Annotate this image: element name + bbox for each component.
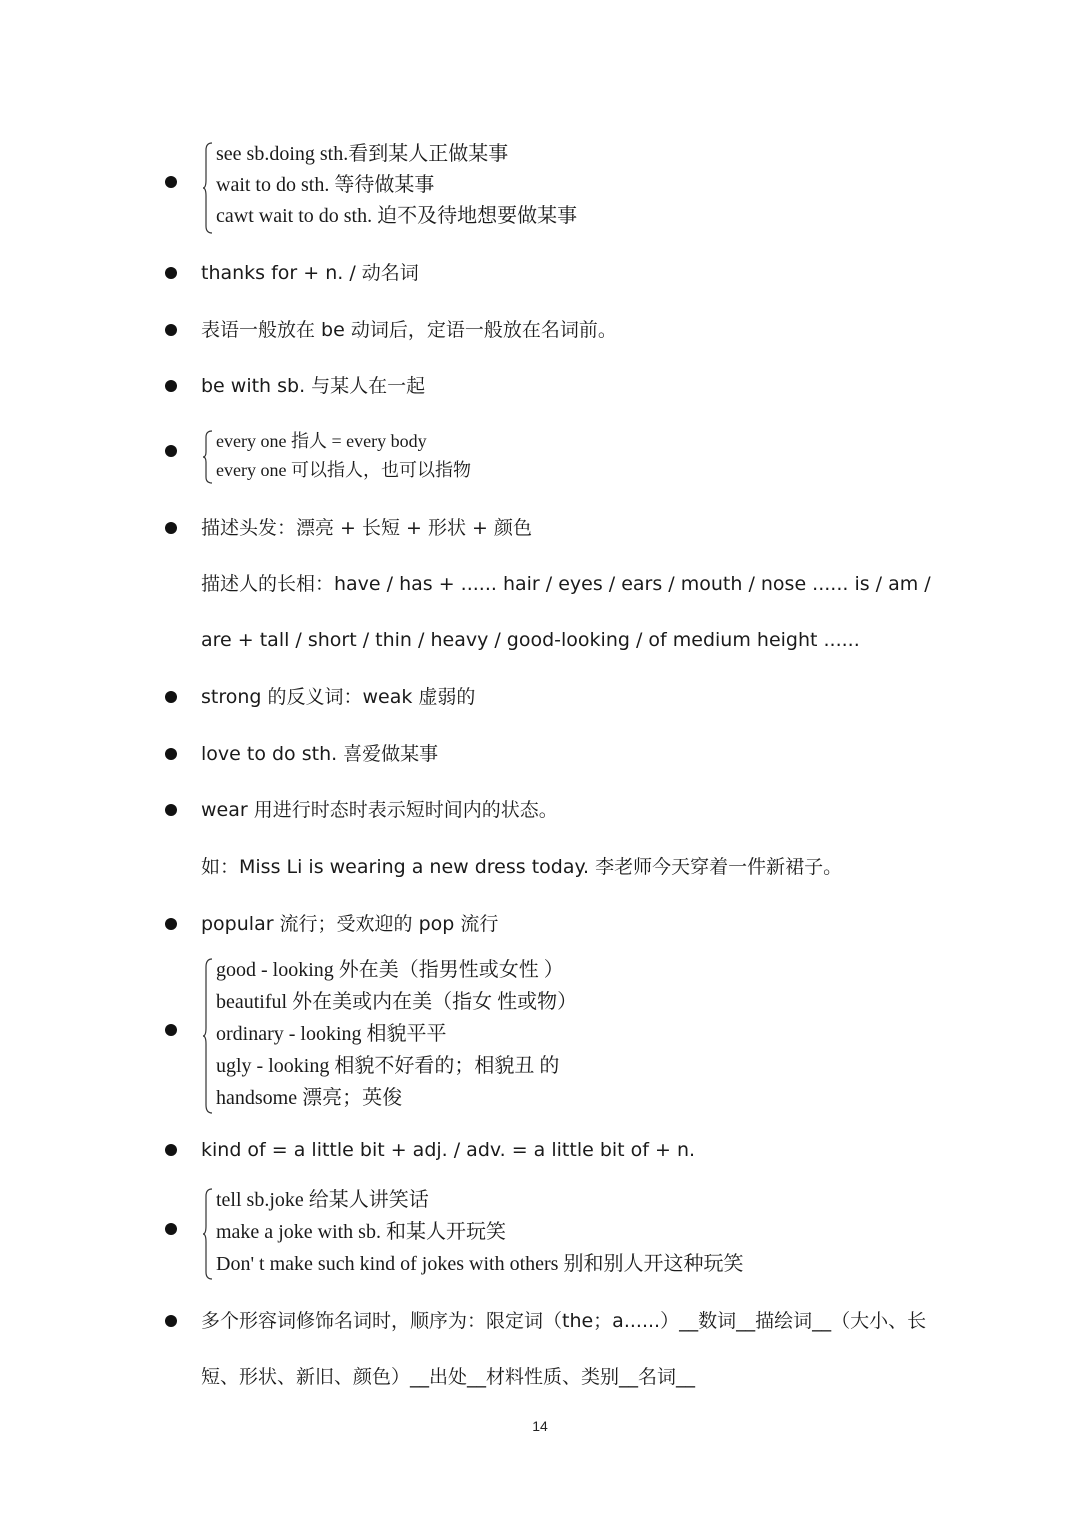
brace-line: every one 指人 = every body (216, 429, 427, 453)
brace-line: handsome 漂亮；英俊 (216, 1086, 402, 1110)
item-continuation: 如：Miss Li is wearing a new dress today. … (201, 855, 842, 879)
document-page: see sb.doing sth.看到某人正做某事 wait to do sth… (0, 0, 1080, 1526)
bullet-icon (165, 691, 177, 703)
brace-line: good - looking 外在美（指男性或女性 ） (216, 958, 564, 982)
item-text: kind of = a little bit + adj. / adv. = a… (201, 1138, 695, 1162)
page-number: 14 (0, 1418, 1080, 1434)
bullet-icon (165, 522, 177, 534)
bullet-icon (165, 1315, 177, 1327)
bullet-icon (165, 1024, 177, 1036)
brace-line: make a joke with sb. 和某人开玩笑 (216, 1220, 506, 1244)
bullet-icon (165, 804, 177, 816)
item-continuation: 描述人的长相：have / has + ...... hair / eyes /… (201, 572, 931, 596)
left-brace-icon (203, 1188, 213, 1280)
brace-line: Don' t make such kind of jokes with othe… (216, 1252, 743, 1276)
brace-line: every one 可以指人，也可以指物 (216, 458, 471, 482)
item-text: 表语一般放在 be 动词后，定语一般放在名词前。 (201, 318, 617, 342)
item-text: 描述头发：漂亮 + 长短 + 形状 + 颜色 (201, 516, 532, 540)
item-text: popular 流行；受欢迎的 pop 流行 (201, 912, 498, 936)
item-text: be with sb. 与某人在一起 (201, 374, 425, 398)
bullet-icon (165, 918, 177, 930)
item-continuation: are + tall / short / thin / heavy / good… (201, 628, 860, 652)
bullet-icon (165, 380, 177, 392)
bullet-icon (165, 324, 177, 336)
left-brace-icon (203, 430, 213, 484)
bullet-icon (165, 176, 177, 188)
brace-line: beautiful 外在美或内在美（指女 性或物） (216, 990, 577, 1014)
brace-line: ordinary - looking 相貌平平 (216, 1022, 447, 1046)
bullet-icon (165, 1144, 177, 1156)
bullet-icon (165, 445, 177, 457)
brace-line: see sb.doing sth.看到某人正做某事 (216, 142, 508, 166)
left-brace-icon (203, 958, 213, 1114)
item-text: wear 用进行时态时表示短时间内的状态。 (201, 798, 558, 822)
brace-line: wait to do sth. 等待做某事 (216, 173, 434, 197)
bullet-icon (165, 267, 177, 279)
bullet-icon (165, 1223, 177, 1235)
item-text: thanks for + n. / 动名词 (201, 261, 419, 285)
item-text: strong 的反义词：weak 虚弱的 (201, 685, 475, 709)
item-continuation: 短、形状、新旧、颜色）__出处__材料性质、类别__名词__ (201, 1365, 695, 1389)
bullet-icon (165, 748, 177, 760)
brace-line: ugly - looking 相貌不好看的；相貌丑 的 (216, 1054, 559, 1078)
brace-line: tell sb.joke 给某人讲笑话 (216, 1188, 429, 1212)
brace-line: cawt wait to do sth. 迫不及待地想要做某事 (216, 204, 577, 228)
item-text: 多个形容词修饰名词时，顺序为：限定词（the；a......）__数词__描绘词… (201, 1309, 926, 1333)
left-brace-icon (203, 142, 213, 234)
item-text: love to do sth. 喜爱做某事 (201, 742, 438, 766)
